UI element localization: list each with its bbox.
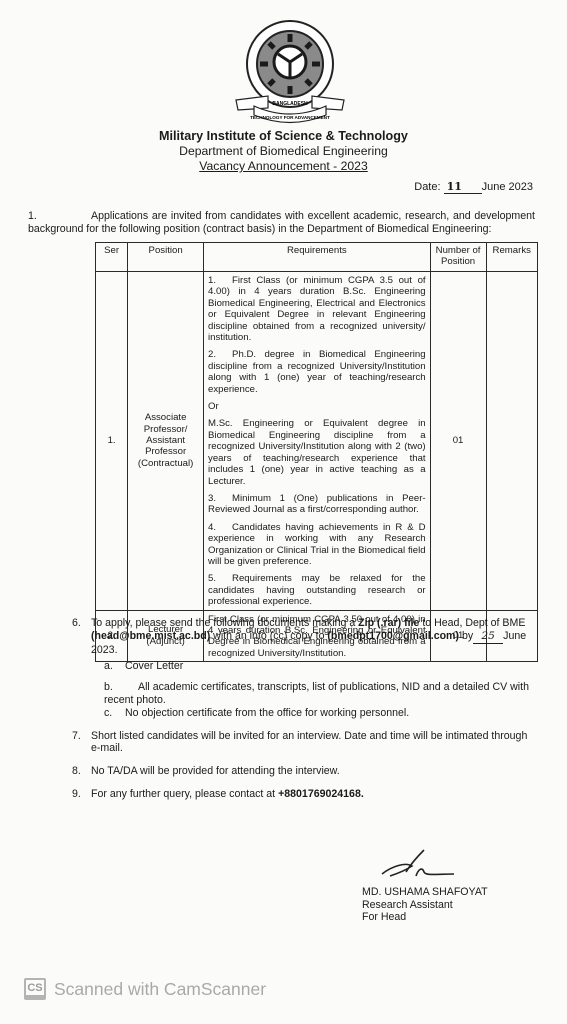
requirement-item: 1.First Class (or minimum CGPA 3.5 out o… xyxy=(208,275,426,343)
document-item-a: a.Cover Letter xyxy=(91,660,538,673)
signatory-role: Research Assistant xyxy=(362,899,512,912)
col-position: Position xyxy=(128,243,204,272)
signature-icon xyxy=(376,848,466,884)
col-ser: Ser xyxy=(96,243,128,272)
requirement-item: 5.Requirements may be relaxed for the ca… xyxy=(208,573,426,607)
vacancy-table: Ser Position Requirements Number of Posi… xyxy=(95,242,538,662)
requirement-or: Or xyxy=(208,401,426,412)
head-email: (head@bme.mist.ac.bd) xyxy=(91,630,210,642)
table-row: 1. Associate Professor/ Assistant Profes… xyxy=(96,272,538,611)
row-remarks xyxy=(486,272,538,611)
cc-email: (bmedpt1700@gmail.com) xyxy=(327,630,459,642)
requirement-item: 3.Minimum 1 (One) publications in Peer-R… xyxy=(208,493,426,516)
col-remarks: Remarks xyxy=(486,243,538,272)
col-number-of-position: Number of Position xyxy=(430,243,486,272)
institute-name: Military Institute of Science & Technolo… xyxy=(0,129,567,143)
document-item-c: c.No objection certificate from the offi… xyxy=(91,707,538,720)
signature-block: MD. USHAMA SHAFOYAT Research Assistant F… xyxy=(362,848,512,924)
col-requirements: Requirements xyxy=(204,243,431,272)
row-number: 01 xyxy=(430,272,486,611)
vacancy-document: BANGLADESH TECHNOLOGY FOR ADVANCEMENT Mi… xyxy=(0,0,567,1024)
table-header-row: Ser Position Requirements Number of Posi… xyxy=(96,243,538,272)
requirement-item: 4.Candidates having achievements in R & … xyxy=(208,522,426,568)
requirement-item: 2.Ph.D. degree in Biomedical Engineering… xyxy=(208,349,426,395)
announcement-date: Date: 11June 2023 xyxy=(414,180,533,194)
instruction-9: 9.For any further query, please contact … xyxy=(72,788,538,801)
instruction-7: 7.Short listed candidates will be invite… xyxy=(72,730,538,756)
camscanner-logo-icon: CS xyxy=(24,978,46,1000)
camscanner-watermark: CS Scanned with CamScanner xyxy=(24,978,266,1000)
deadline-day-handwritten: 25 xyxy=(473,630,503,644)
contact-phone: +8801769024168. xyxy=(278,788,364,800)
row-position: Associate Professor/ Assistant Professor… xyxy=(128,272,204,611)
instructions-list: 6. To apply, please send the following d… xyxy=(72,617,538,810)
signatory-name: MD. USHAMA SHAFOYAT xyxy=(362,886,512,899)
row-ser: 1. xyxy=(96,272,128,611)
announcement-title: Vacancy Announcement - 2023 xyxy=(0,159,567,173)
signatory-for: For Head xyxy=(362,911,512,924)
date-day-handwritten: 11 xyxy=(444,180,482,194)
requirement-item: M.Sc. Engineering or Equivalent degree i… xyxy=(208,418,426,486)
instruction-8: 8.No TA/DA will be provided for attendin… xyxy=(72,765,538,778)
svg-text:TECHNOLOGY FOR ADVANCEMENT: TECHNOLOGY FOR ADVANCEMENT xyxy=(250,115,330,120)
intro-paragraph: 1.Applications are invited from candidat… xyxy=(28,210,535,235)
row-requirements: 1.First Class (or minimum CGPA 3.5 out o… xyxy=(204,272,431,611)
mist-logo: BANGLADESH TECHNOLOGY FOR ADVANCEMENT xyxy=(228,18,352,126)
instruction-6: 6. To apply, please send the following d… xyxy=(72,617,538,720)
svg-text:BANGLADESH: BANGLADESH xyxy=(272,101,308,107)
document-item-b: b.All academic certificates, transcripts… xyxy=(91,681,538,707)
department-name: Department of Biomedical Engineering xyxy=(0,144,567,158)
